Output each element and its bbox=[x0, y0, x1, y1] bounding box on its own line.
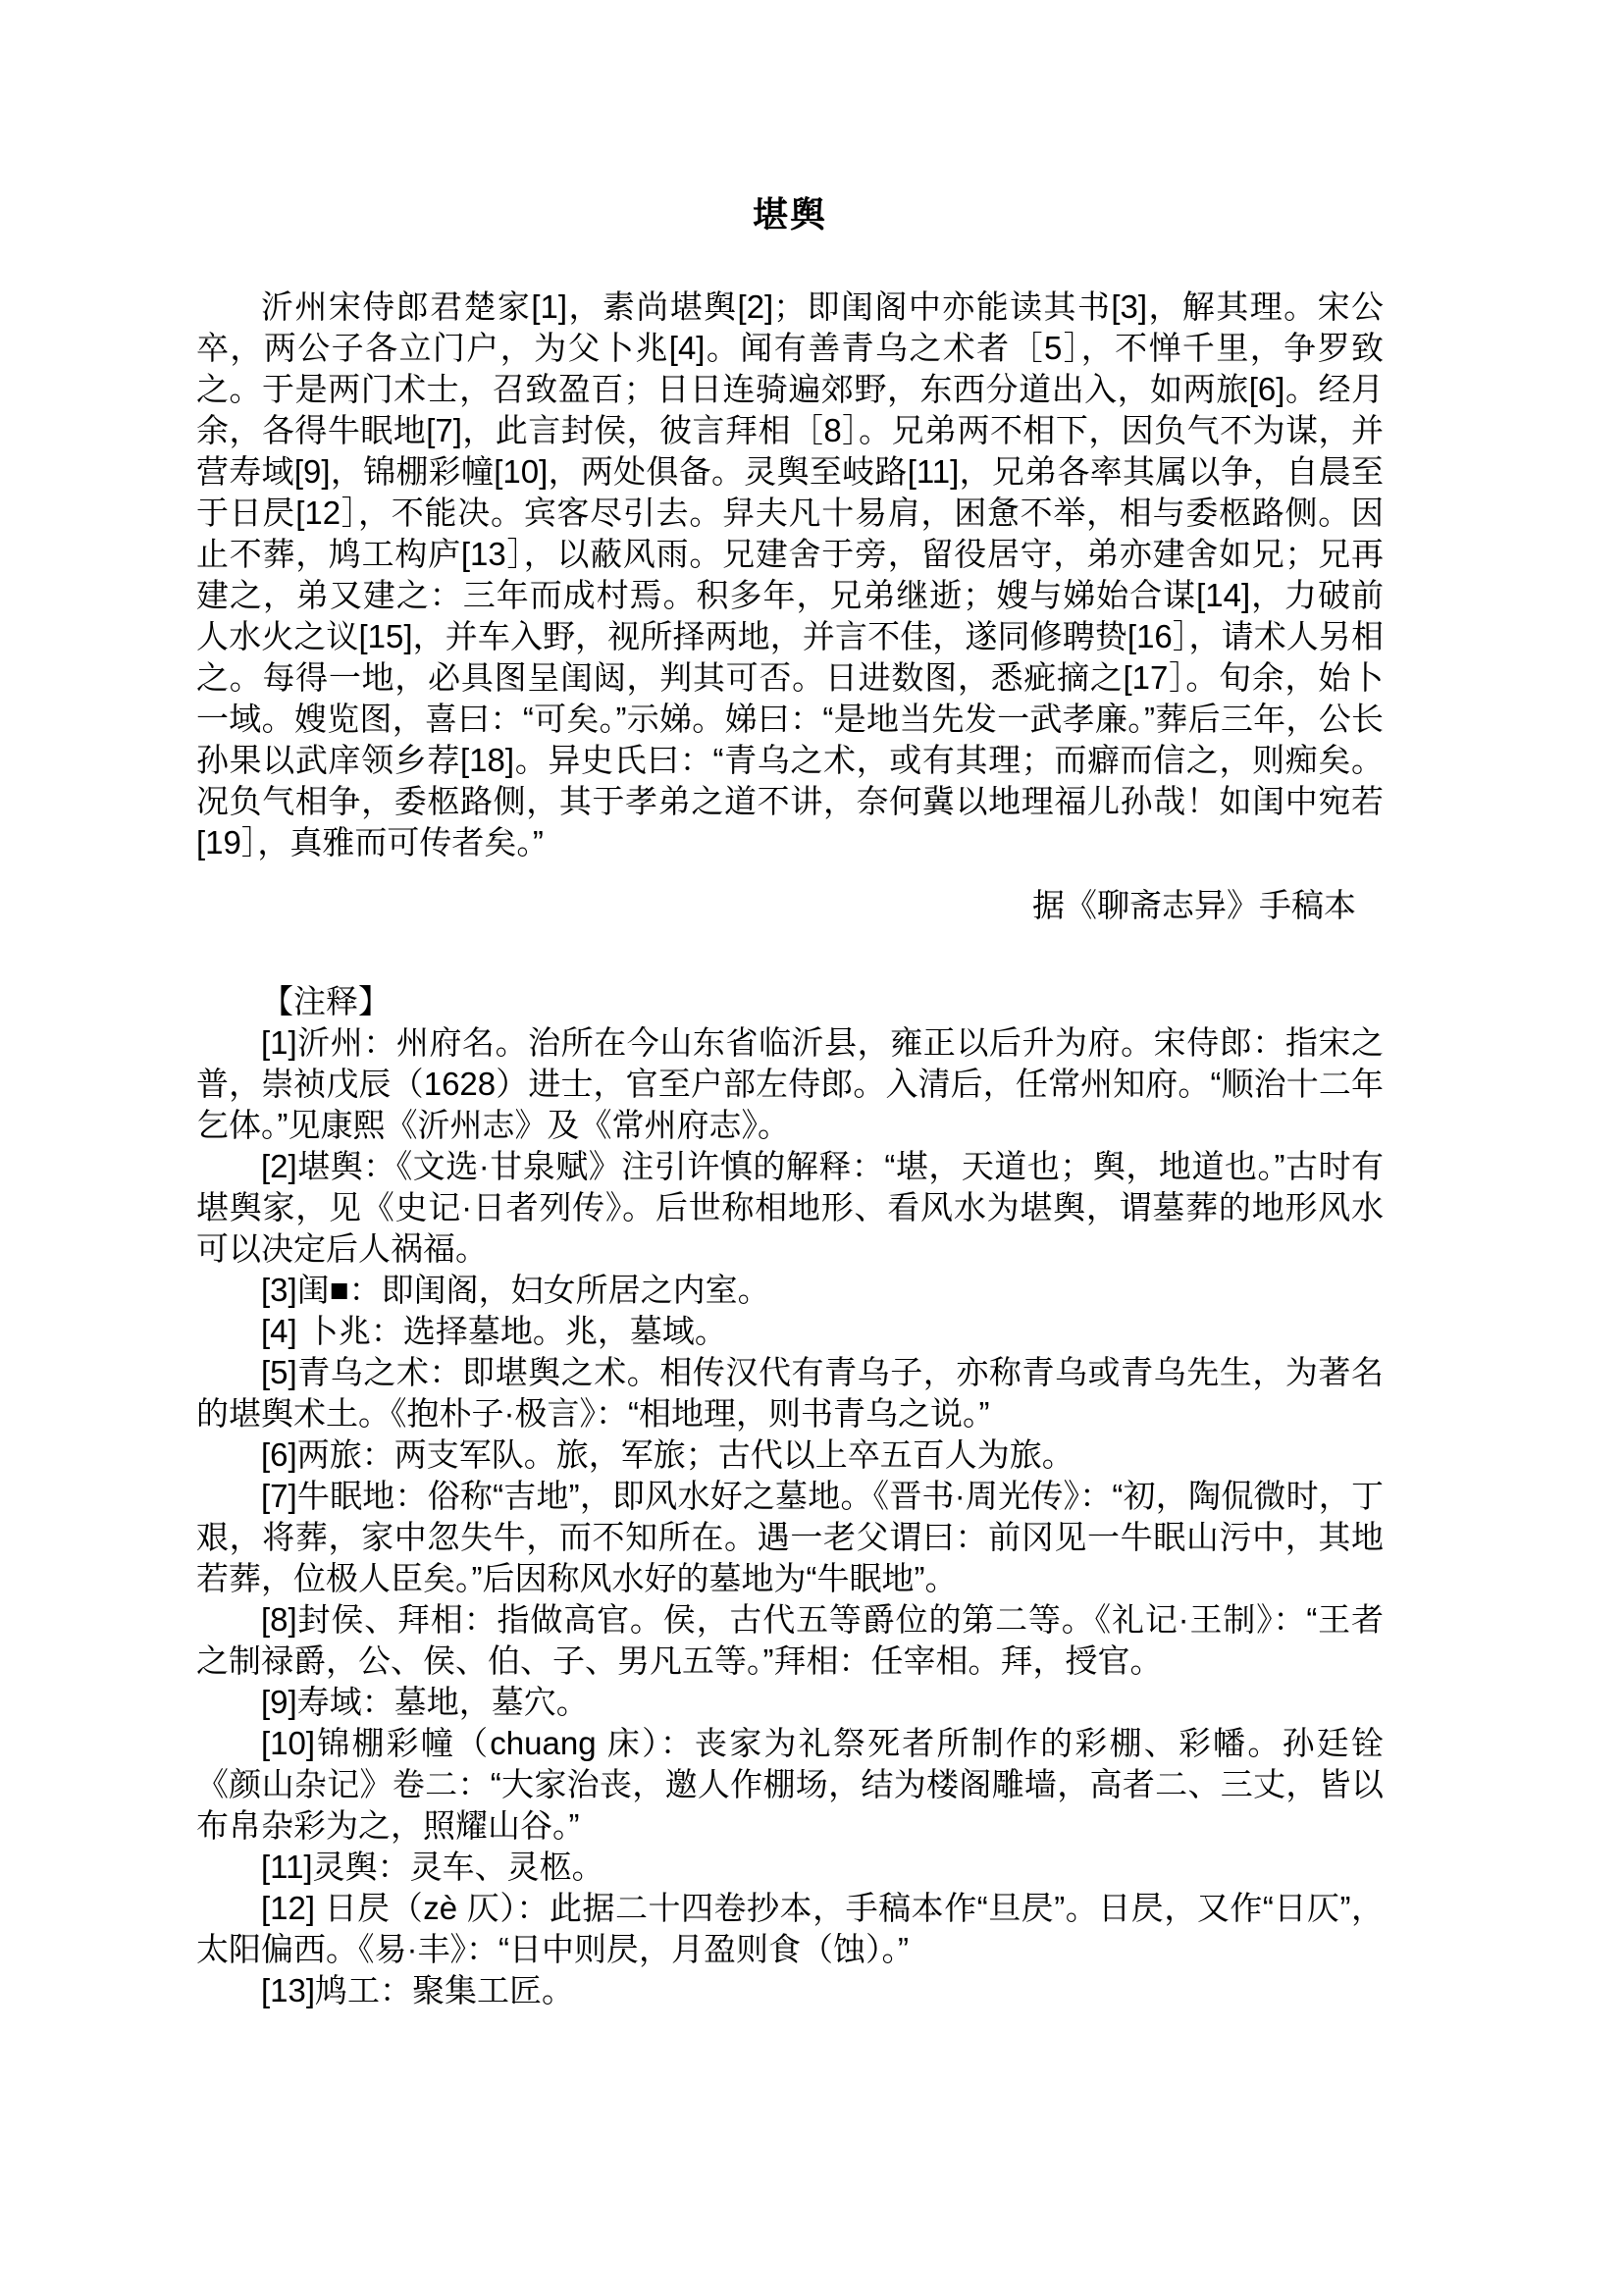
note-item-3: [3]闺■：即闺阁，妇女所居之内室。 bbox=[196, 1270, 1384, 1311]
notes-heading: 【注释】 bbox=[196, 981, 1384, 1022]
note-item-6: [6]两旅：两支军队。旅，军旅；古代以上卒五百人为旅。 bbox=[196, 1434, 1384, 1476]
note-item-9: [9]寿域：墓地，墓穴。 bbox=[196, 1682, 1384, 1723]
page-title: 堪舆 bbox=[196, 194, 1384, 235]
source-attribution: 据《聊斋志异》手稿本 bbox=[196, 885, 1356, 926]
document-page: 堪舆 沂州宋侍郎君楚家[1]，素尚堪舆[2]；即闺阁中亦能读其书[3]，解其理。… bbox=[0, 0, 1624, 2294]
note-item-8: [8]封侯、拜相：指做高官。侯，古代五等爵位的第二等。《礼记·王制》：“王者之制… bbox=[196, 1599, 1384, 1682]
note-item-12: [12] 日昃（zè 仄）：此据二十四卷抄本，手稿本作“旦昃”。日昃，又作“日仄… bbox=[196, 1888, 1384, 1970]
note-item-2: [2]堪舆：《文选·甘泉赋》注引许慎的解释：“堪，天道也；舆，地道也。”古时有堪… bbox=[196, 1146, 1384, 1270]
note-item-13: [13]鸠工：聚集工匠。 bbox=[196, 1970, 1384, 2011]
note-item-10: [10]锦棚彩幢（chuang 床）：丧家为礼祭死者所制作的彩棚、彩幡。孙廷铨《… bbox=[196, 1723, 1384, 1847]
note-item-7: [7]牛眠地：俗称“吉地”，即风水好之墓地。《晋书·周光传》：“初，陶侃微时，丁… bbox=[196, 1476, 1384, 1599]
note-item-1: [1]沂州：州府名。治所在今山东省临沂县，雍正以后升为府。宋侍郎：指宋之普，崇祯… bbox=[196, 1022, 1384, 1146]
notes-section: [1]沂州：州府名。治所在今山东省临沂县，雍正以后升为府。宋侍郎：指宋之普，崇祯… bbox=[196, 1022, 1384, 2011]
note-item-11: [11]灵舆：灵车、灵柩。 bbox=[196, 1847, 1384, 1888]
story-paragraph: 沂州宋侍郎君楚家[1]，素尚堪舆[2]；即闺阁中亦能读其书[3]，解其理。宋公卒… bbox=[196, 287, 1384, 863]
note-item-4: [4] 卜兆：选择墓地。兆，墓域。 bbox=[196, 1311, 1384, 1352]
note-item-5: [5]青乌之术：即堪舆之术。相传汉代有青乌子，亦称青乌或青乌先生，为著名的堪舆术… bbox=[196, 1352, 1384, 1434]
